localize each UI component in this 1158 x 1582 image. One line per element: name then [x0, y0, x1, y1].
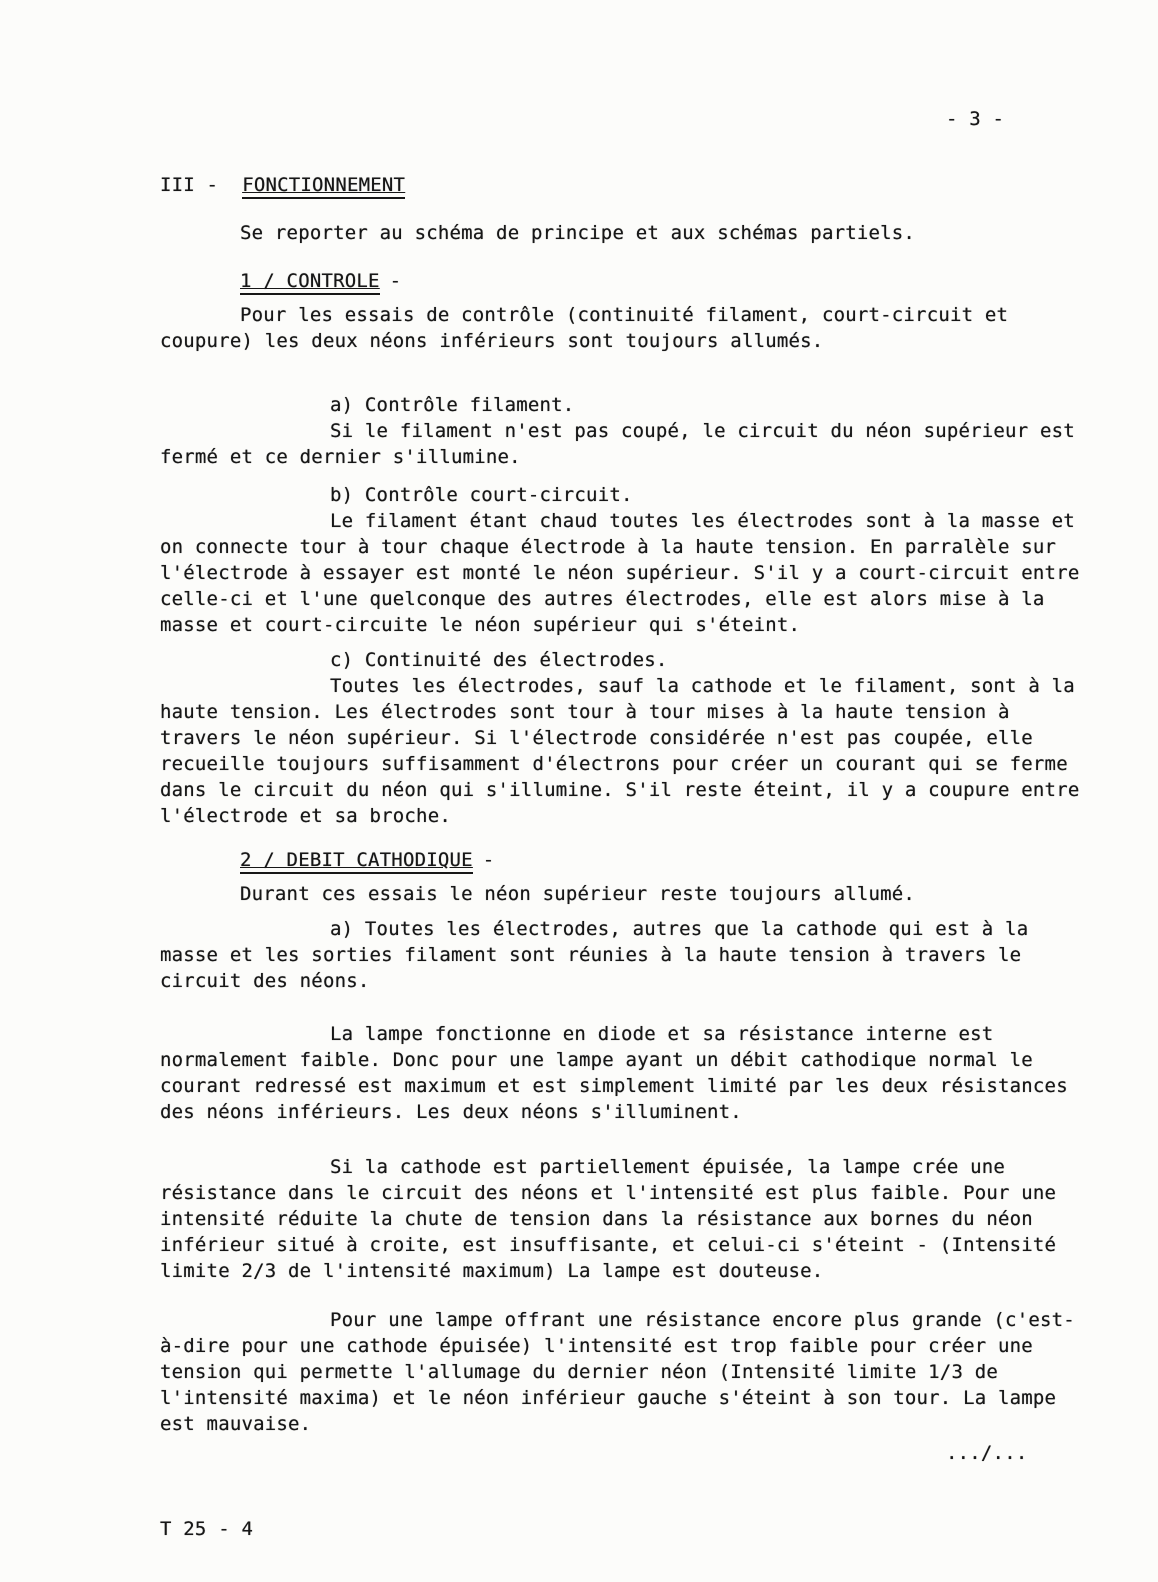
controle-item-a-title: a) Contrôle filament.: [160, 392, 1084, 418]
debit-paragraph-diode: La lampe fonctionne en diode et sa résis…: [160, 1021, 1084, 1125]
section-number: III -: [160, 172, 218, 198]
footer-reference: T 25 - 4: [160, 1516, 253, 1542]
subsection-title: 2 / DEBIT CATHODIQUE: [240, 849, 473, 874]
controle-item-b-body: Le filament étant chaud toutes les élect…: [160, 508, 1084, 638]
heading-dash: -: [390, 270, 402, 292]
debit-paragraph-epuisee: Si la cathode est partiellement épuisée,…: [160, 1154, 1084, 1284]
continuation-mark: .../...: [946, 1440, 1027, 1466]
debit-paragraph-a: a) Toutes les électrodes, autres que la …: [160, 916, 1084, 994]
debit-intro-paragraph: Durant ces essais le néon supérieur rest…: [160, 881, 1084, 907]
heading-dash: -: [483, 849, 495, 871]
controle-intro-paragraph: Pour les essais de contrôle (continuité …: [160, 302, 1084, 354]
subsection-heading-debit: 2 / DEBIT CATHODIQUE-: [160, 847, 1084, 873]
intro-paragraph: Se reporter au schéma de principe et aux…: [160, 220, 1084, 246]
controle-item-a-body: Si le filament n'est pas coupé, le circu…: [160, 418, 1084, 470]
subsection-title: 1 / CONTROLE: [240, 270, 380, 295]
section-heading: III -FONCTIONNEMENT: [160, 172, 1084, 198]
document-body: III -FONCTIONNEMENT Se reporter au schém…: [160, 0, 1084, 1437]
debit-paragraph-mauvaise: Pour une lampe offrant une résistance en…: [160, 1307, 1084, 1437]
controle-item-c-title: c) Continuité des électrodes.: [160, 647, 1084, 673]
subsection-heading-controle: 1 / CONTROLE-: [160, 268, 1084, 294]
controle-item-c-body: Toutes les électrodes, sauf la cathode e…: [160, 673, 1084, 829]
controle-item-b-title: b) Contrôle court-circuit.: [160, 482, 1084, 508]
section-title: FONCTIONNEMENT: [242, 174, 405, 199]
scanned-document-page: - 3 - III -FONCTIONNEMENT Se reporter au…: [0, 0, 1158, 1582]
